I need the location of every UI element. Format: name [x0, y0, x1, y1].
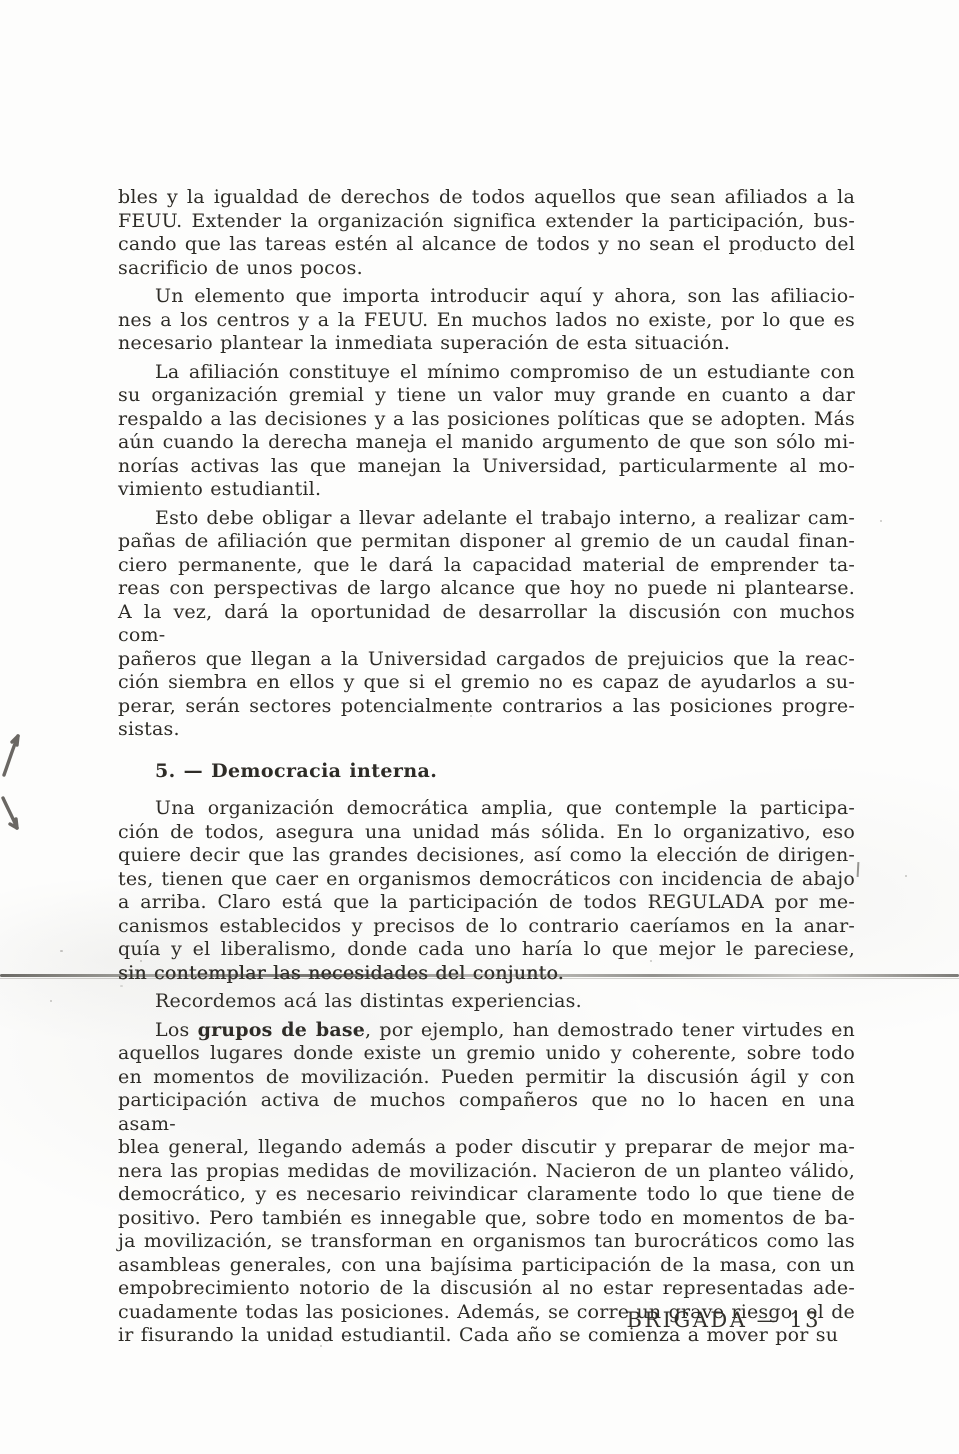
- text-line: Recordemos acá las distintas experiencia…: [118, 990, 855, 1014]
- handwritten-pen-marks: [0, 715, 60, 855]
- text-line: asambleas generales, con una bajísima pa…: [118, 1254, 855, 1278]
- text-line: en momentos de movilización. Pueden perm…: [118, 1066, 855, 1090]
- text-line: quiere decir que las grandes decisiones,…: [118, 844, 855, 868]
- text-line: vimiento estudiantil.: [118, 478, 855, 502]
- text-line: ja movilización, se transforman en organ…: [118, 1230, 855, 1254]
- text-line: quía y el liberalismo, donde cada uno ha…: [118, 938, 855, 962]
- paragraph: bles y la igualdad de derechos de todos …: [118, 186, 855, 280]
- text-line: respaldo a las decisiones y a las posici…: [118, 408, 855, 432]
- paragraph: Recordemos acá las distintas experiencia…: [118, 990, 855, 1014]
- text-line: Los grupos de base, por ejemplo, han dem…: [118, 1019, 855, 1043]
- text-line: ción de todos, asegura una unidad más só…: [118, 821, 855, 845]
- text-line: empobrecimiento notorio de la discusión …: [118, 1277, 855, 1301]
- text-line: tes, tienen que caer en organismos democ…: [118, 868, 855, 892]
- text-line: sacrificio de unos pocos.: [118, 257, 855, 281]
- text-line: perar, serán sectores potencialmente con…: [118, 695, 855, 719]
- text-line: sin contemplar las necesidades del conju…: [118, 962, 855, 986]
- section-heading: 5. — Democracia interna.: [118, 760, 855, 784]
- text-line: reas con perspectivas de largo alcance q…: [118, 577, 855, 601]
- paragraph: Un elemento que importa introducir aquí …: [118, 285, 855, 356]
- pen-stroke-down: [3, 798, 17, 828]
- text-line: norías activas las que manejan la Univer…: [118, 455, 855, 479]
- text-line: necesario plantear la inmediata superaci…: [118, 332, 855, 356]
- text-line: positivo. Pero también es innegable que,…: [118, 1207, 855, 1231]
- paragraph: La afiliación constituye el mínimo compr…: [118, 361, 855, 502]
- text-line: aquellos lugares donde existe un gremio …: [118, 1042, 855, 1066]
- text-line: democrático, y es necesario reivindicar …: [118, 1183, 855, 1207]
- text-line: nera las propias medidas de movilización…: [118, 1160, 855, 1184]
- text-line: a arriba. Claro está que la participació…: [118, 891, 855, 915]
- page-text: bles y la igualdad de derechos de todos …: [118, 186, 855, 1353]
- paragraph: Los grupos de base, por ejemplo, han dem…: [118, 1019, 855, 1348]
- margin-tick-artifact: [857, 862, 860, 877]
- text-line: bles y la igualdad de derechos de todos …: [118, 186, 855, 210]
- text-line: aún cuando la derecha maneja el manido a…: [118, 431, 855, 455]
- text-line: Esto debe obligar a llevar adelante el t…: [118, 507, 855, 531]
- text-line: pañeros que llegan a la Universidad carg…: [118, 648, 855, 672]
- paragraph: Una organización democrática amplia, que…: [118, 797, 855, 985]
- text-line: pañas de afiliación que permitan dispone…: [118, 530, 855, 554]
- text-line: Una organización democrática amplia, que…: [118, 797, 855, 821]
- paragraph: Esto debe obligar a llevar adelante el t…: [118, 507, 855, 742]
- text-line: Un elemento que importa introducir aquí …: [118, 285, 855, 309]
- text-line: 5. — Democracia interna.: [118, 760, 855, 784]
- text-line: canismos establecidos y precisos de lo c…: [118, 915, 855, 939]
- page: bles y la igualdad de derechos de todos …: [0, 0, 959, 1454]
- page-footer: BRIGADA — 13: [118, 1308, 855, 1332]
- text-line: ción siembra en ellos y que si el gremio…: [118, 671, 855, 695]
- text-line: La afiliación constituye el mínimo compr…: [118, 361, 855, 385]
- text-line: A la vez, dará la oportunidad de desarro…: [118, 601, 855, 648]
- text-line: FEUU. Extender la organización significa…: [118, 210, 855, 234]
- text-line: ciero permanente, que le dará la capacid…: [118, 554, 855, 578]
- text-line: blea general, llegando además a poder di…: [118, 1136, 855, 1160]
- text-line: nes a los centros y a la FEUU. En muchos…: [118, 309, 855, 333]
- text-line: su organización gremial y tiene un valor…: [118, 384, 855, 408]
- text-line: cando que las tareas estén al alcance de…: [118, 233, 855, 257]
- text-line: participación activa de muchos compañero…: [118, 1089, 855, 1136]
- footer-text: BRIGADA — 13: [626, 1308, 821, 1332]
- text-line: sistas.: [118, 718, 855, 742]
- pen-stroke-up: [4, 736, 18, 775]
